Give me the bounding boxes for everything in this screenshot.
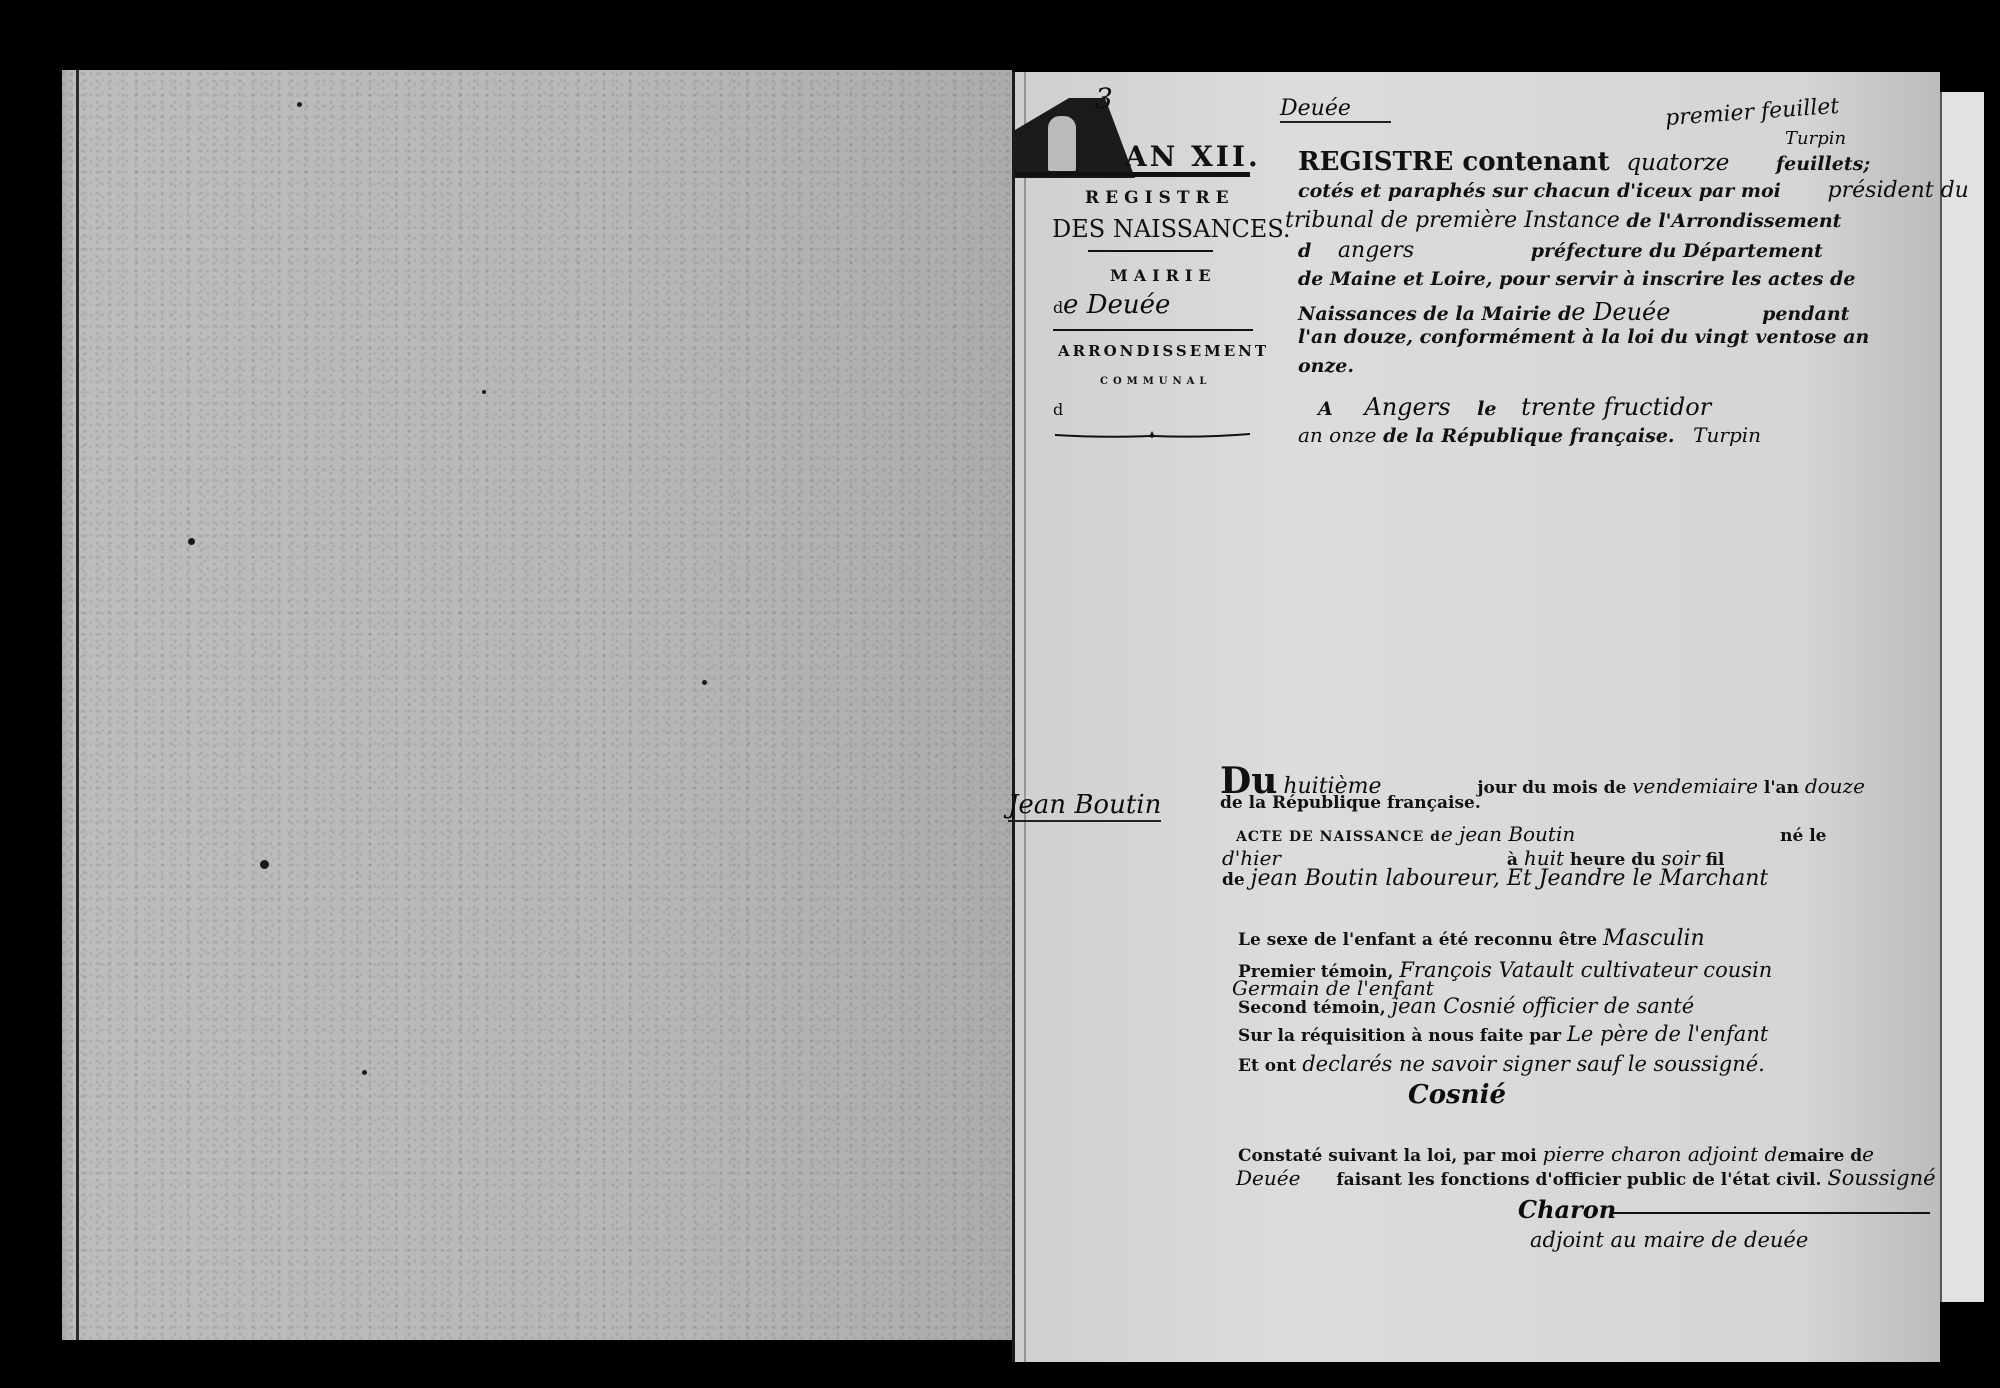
acte-line: ACTE DE NAISSANCE de jean Boutin né le xyxy=(1236,822,1827,846)
certificate-line-3: tribunal de première Instance de l'Arron… xyxy=(1285,208,1841,233)
ink-spot xyxy=(362,1070,367,1075)
acte-label: ACTE DE NAISSANCE d xyxy=(1236,829,1441,845)
republique-line: de la République française. xyxy=(1220,793,1481,813)
a-text: A xyxy=(1318,398,1333,420)
maire-label: maire d xyxy=(1789,1146,1862,1166)
ink-spot xyxy=(702,680,707,685)
declared-value: declarés ne savoir signer sauf le soussi… xyxy=(1302,1052,1765,1076)
signature-rule xyxy=(1610,1212,1930,1214)
birth-month: vendemiaire xyxy=(1632,774,1758,798)
commune-value: Deuée xyxy=(1236,1166,1300,1190)
cover-edge xyxy=(76,70,79,1340)
witness1-value: François Vatault cultivateur cousin xyxy=(1399,958,1772,982)
certificate-line-8: onze. xyxy=(1298,355,1354,377)
fonctions-line: Deuée faisant les fonctions d'officier p… xyxy=(1236,1166,1936,1190)
prefecture-text: préfecture du Département xyxy=(1531,240,1823,262)
republique-text: de la République française. xyxy=(1383,425,1674,447)
sex-line: Le sexe de l'enfant a été reconnu être M… xyxy=(1238,926,1705,951)
cover-board xyxy=(62,70,1012,1340)
certificate-line-7: l'an douze, conformément à la loi du vin… xyxy=(1298,326,1869,348)
witness2-line: Second témoin, jean Cosnié officier de s… xyxy=(1238,994,1694,1018)
parents-line: de jean Boutin laboureur, Et Jeandre le … xyxy=(1222,866,1768,891)
ornament-rule-icon xyxy=(1055,430,1250,438)
communal-prefix: d xyxy=(1053,400,1063,419)
sex-value: Masculin xyxy=(1603,926,1705,951)
mairie-prefix: d xyxy=(1053,298,1063,317)
certificate-line-4: d angers préfecture du Département xyxy=(1298,238,1823,263)
folio-number: 3 xyxy=(1095,82,1113,115)
page-edge-strip xyxy=(1940,92,1984,1302)
requisition-line: Sur la réquisition à nous faite par Le p… xyxy=(1238,1022,1768,1046)
year-title: AN XII. xyxy=(1125,140,1261,173)
sex-label: Le sexe de l'enfant a été reconnu être xyxy=(1238,930,1597,950)
margin-child-name: Jean Boutin xyxy=(1008,790,1161,822)
ne-le-text: né le xyxy=(1780,826,1826,846)
lan-text: l'an xyxy=(1764,778,1799,798)
communal-label: COMMUNAL xyxy=(1100,376,1211,387)
constate-label: Constaté suivant la loi, par moi xyxy=(1238,1146,1537,1166)
naissances-text: Naissances de la Mairie d xyxy=(1298,303,1571,325)
page-spine xyxy=(1012,72,1015,1362)
arrondissement-city: angers xyxy=(1338,238,1414,263)
signing-city: Angers xyxy=(1364,393,1450,421)
header-rule xyxy=(1015,172,1250,177)
margin-note-signature: Turpin xyxy=(1785,128,1846,149)
arrondissement-text: de l'Arrondissement xyxy=(1626,210,1841,232)
fonctions-label: faisant les fonctions d'officier public … xyxy=(1336,1170,1821,1190)
tribunal-text: tribunal de première Instance xyxy=(1285,208,1620,233)
d-prefix: d xyxy=(1298,240,1311,262)
requisition-label: Sur la réquisition à nous faite par xyxy=(1238,1026,1561,1046)
des-naissances-label: DES NAISSANCES. xyxy=(1052,215,1291,243)
de-text: de xyxy=(1222,870,1245,890)
soussigne-value: Soussigné xyxy=(1827,1166,1935,1190)
signing-date: trente fructidor xyxy=(1521,393,1711,421)
registre-label: REGISTRE xyxy=(1085,188,1235,208)
cotes-text: cotés et paraphés sur chacun d'iceux par… xyxy=(1298,180,1781,202)
ink-spot xyxy=(297,102,302,107)
declared-label: Et ont xyxy=(1238,1056,1296,1076)
jour-du-mois-text: jour du mois de xyxy=(1477,778,1626,798)
witness2-label: Second témoin, xyxy=(1238,998,1386,1018)
ink-spot xyxy=(260,860,269,869)
president-signature: Turpin xyxy=(1693,423,1761,447)
child-name: e jean Boutin xyxy=(1441,822,1575,846)
witness-signature: Cosnié xyxy=(1408,1080,1506,1110)
parents-names: jean Boutin laboureur, Et Jeandre le Mar… xyxy=(1251,866,1769,891)
ink-spot xyxy=(188,538,195,545)
maire-suffix: e xyxy=(1862,1142,1874,1166)
officer-title: adjoint au maire de deuée xyxy=(1530,1228,1808,1252)
witness2-value: jean Cosnié officier de santé xyxy=(1392,994,1695,1018)
commune-name: e Deuée xyxy=(1571,298,1670,326)
divider xyxy=(1053,329,1253,331)
certificate-line-5: de Maine et Loire, pour servir à inscrir… xyxy=(1298,268,1855,290)
constate-line: Constaté suivant la loi, par moi pierre … xyxy=(1238,1142,1874,1166)
officer-name: pierre charon adjoint de xyxy=(1543,1142,1789,1166)
arrondissement-label: ARRONDISSEMENT xyxy=(1058,342,1269,360)
stamp-figure-icon xyxy=(1048,116,1076,171)
certificate-line-6: Naissances de la Mairie de Deuée pendant xyxy=(1298,298,1849,326)
certificate-line-9: A Angers le trente fructidor xyxy=(1318,393,1711,421)
president-title: président du xyxy=(1828,178,1969,203)
officer-signature: Charon xyxy=(1518,1195,1616,1224)
registre-heading: REGISTRE contenant xyxy=(1298,147,1610,177)
pendant-text: pendant xyxy=(1762,303,1849,325)
requisition-value: Le père de l'enfant xyxy=(1567,1022,1768,1046)
declared-line: Et ont declarés ne savoir signer sauf le… xyxy=(1238,1052,1765,1076)
certificate-line-1: REGISTRE contenant quatorze feuillets; xyxy=(1298,147,1870,177)
signing-year: an onze xyxy=(1298,423,1376,447)
top-note: Deuée xyxy=(1280,96,1391,123)
divider xyxy=(1088,250,1213,252)
mairie-label: MAIRIE xyxy=(1110,266,1217,285)
ink-spot xyxy=(482,390,486,394)
certificate-line-2: cotés et paraphés sur chacun d'iceux par… xyxy=(1298,178,1969,203)
mairie-value: e Deuée xyxy=(1063,290,1170,320)
certificate-line-10: an onze de la République française. Turp… xyxy=(1298,423,1761,447)
birth-year: douze xyxy=(1805,774,1865,798)
feuillet-count: quatorze xyxy=(1626,150,1729,176)
feuillets-label: feuillets; xyxy=(1776,153,1870,175)
margin-line xyxy=(1024,72,1026,1362)
le-text: le xyxy=(1477,398,1496,420)
